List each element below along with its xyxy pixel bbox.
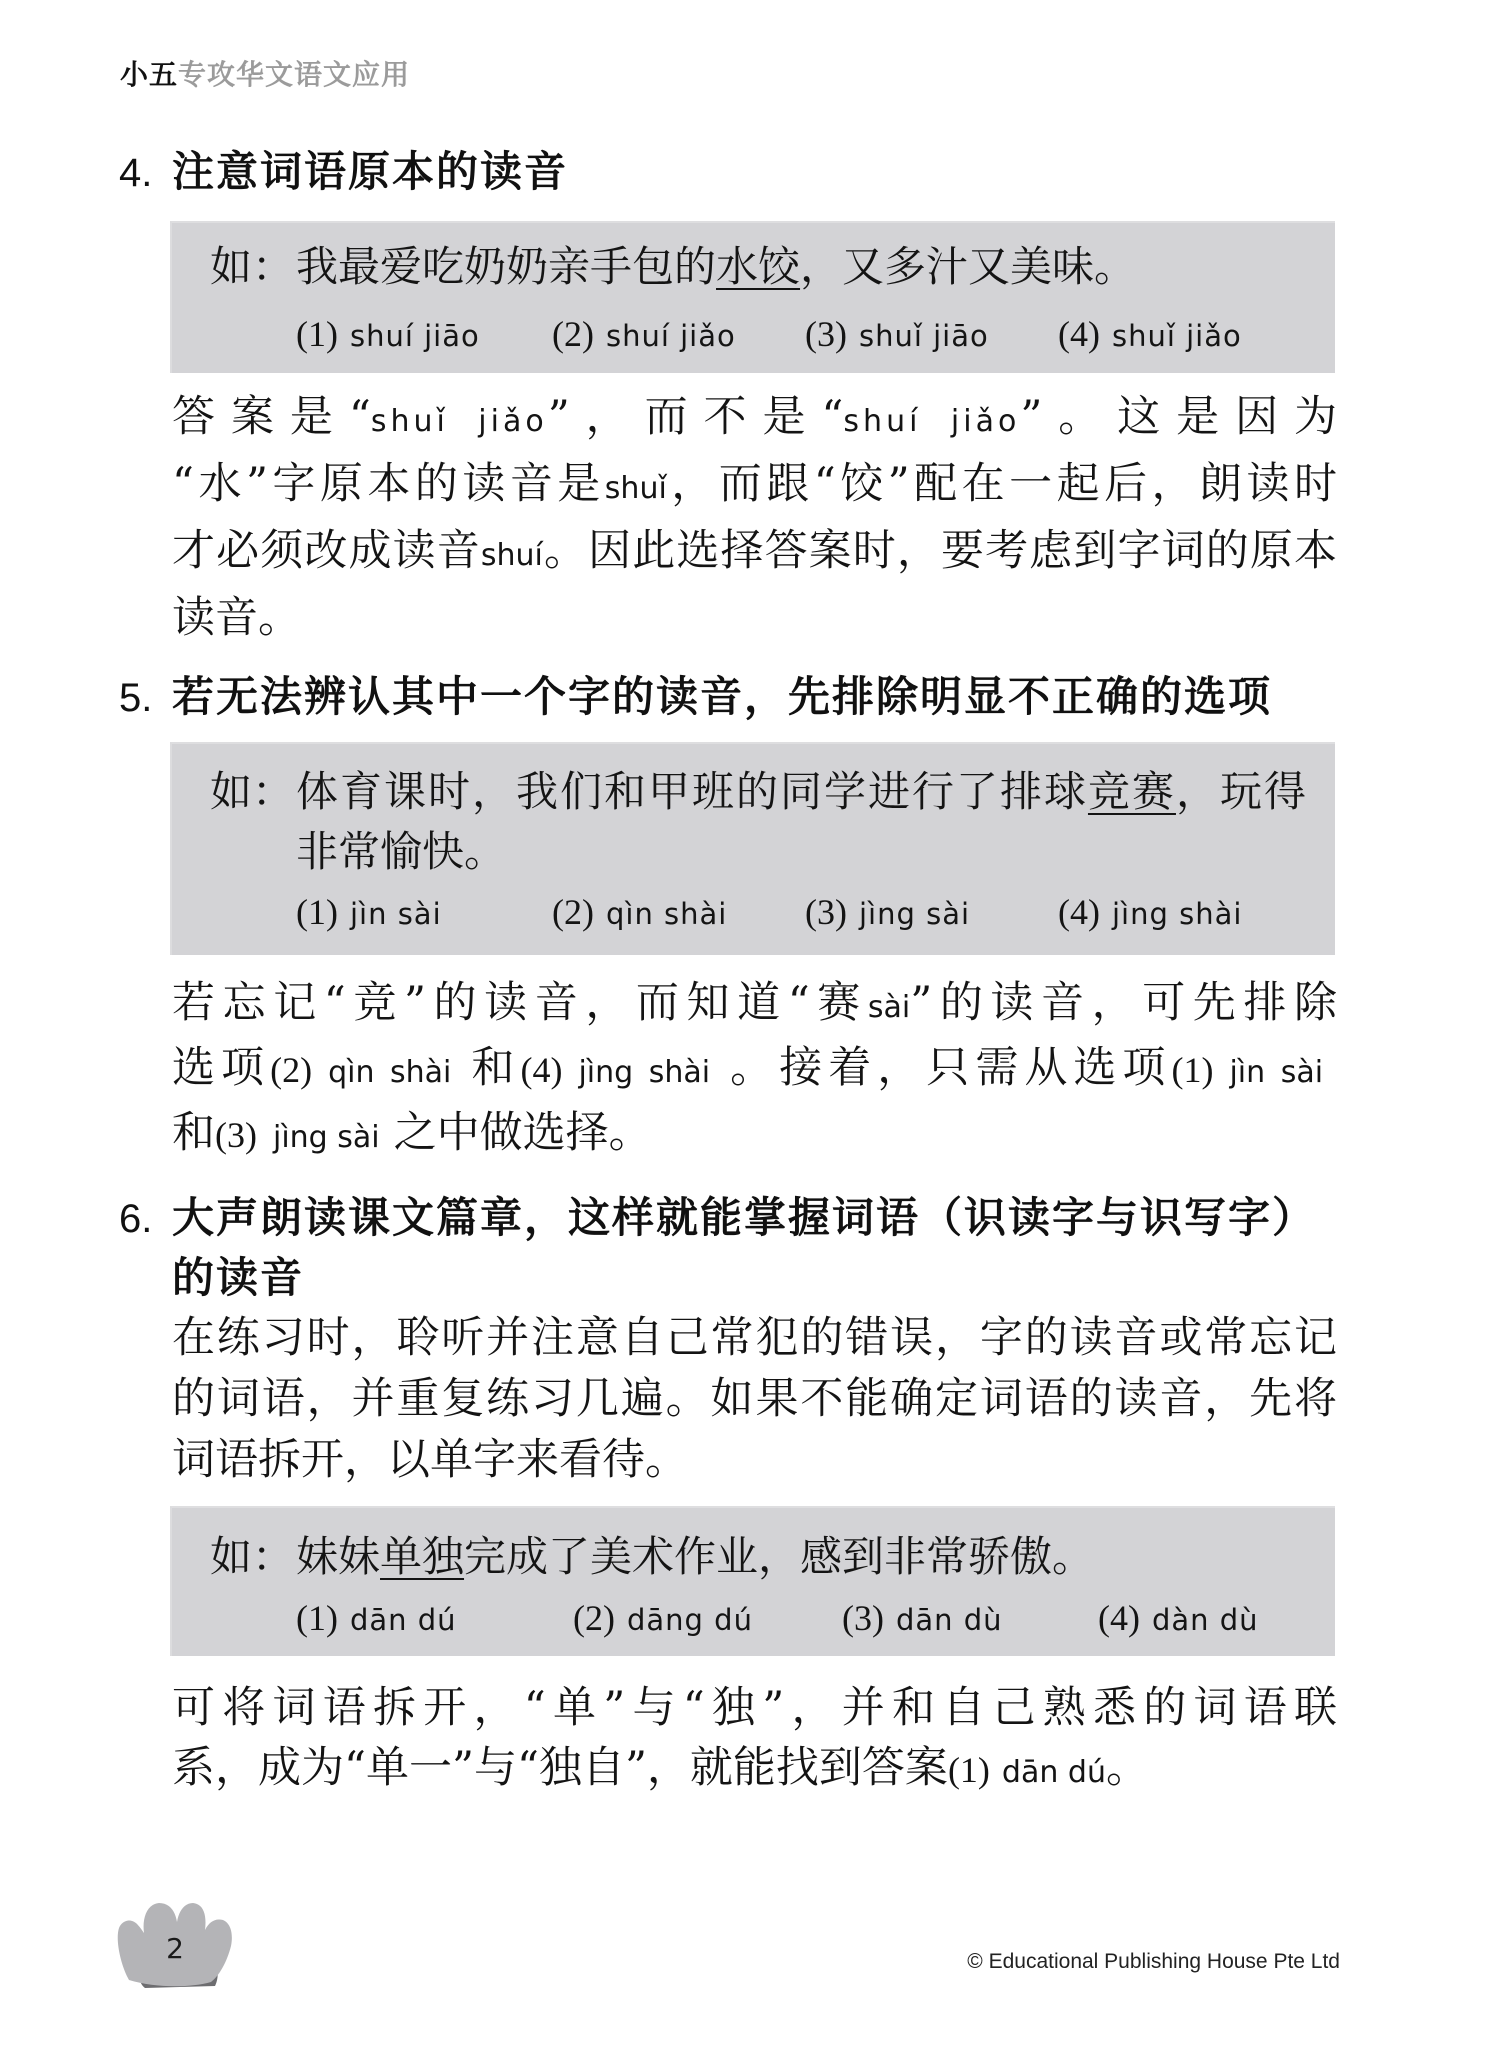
copyright-notice: © Educational Publishing House Pte Ltd — [880, 1950, 1340, 1974]
option-pinyin: shuǐ jiāo — [859, 319, 989, 353]
option-4: (4)shuǐ jiǎo — [1058, 302, 1242, 366]
answer-options: (1)jìn sài (2)qìn shài (3)jìng sài (4)jì… — [172, 880, 1335, 940]
option-ref: (4) — [520, 1050, 562, 1090]
option-1: (1)shuí jiāo — [296, 302, 480, 366]
option-pinyin: qìn shài — [606, 897, 727, 931]
option-ref: (1) — [1171, 1050, 1213, 1090]
option-pinyin: dān dù — [896, 1603, 1003, 1637]
answer-options: (1)shuí jiāo (2)shuí jiǎo (3)shuǐ jiāo (… — [172, 302, 1335, 362]
underlined-word: 水饺 — [716, 242, 800, 291]
sentence-prefix: 体育课时，我们和甲班的同学进行了排球 — [296, 767, 1088, 816]
text-line: 答案是“shuǐ jiǎo”，而不是“shuí jiǎo”。这是因为 — [172, 386, 1337, 453]
pinyin: shuǐ — [605, 471, 667, 506]
option-1: (1)dān dú — [296, 1586, 457, 1650]
option-number: (3) — [805, 892, 847, 932]
text-line: 可将词语拆开，“单”与“独”，并和自己熟悉的词语联 — [172, 1678, 1337, 1738]
option-pinyin: shuǐ jiǎo — [1112, 319, 1242, 353]
option-pinyin: shuí jiǎo — [606, 319, 736, 353]
example-label: 如： — [210, 762, 294, 822]
option-ref: (1) — [948, 1750, 990, 1790]
example-box-5: 如： 体育课时，我们和甲班的同学进行了排球竞赛，玩得 非常愉快。 (1)jìn … — [170, 742, 1335, 955]
option-pinyin: dàn dù — [1152, 1603, 1259, 1637]
option-3: (3)dān dù — [842, 1586, 1003, 1650]
series-title: 专攻华文语文应用 — [178, 58, 410, 91]
option-number: (3) — [842, 1598, 884, 1638]
option-pinyin: jìng sài — [859, 897, 970, 931]
section-title: 大声朗读课文篇章，这样就能掌握词语（识读字与识写字） — [172, 1193, 1316, 1242]
option-4: (4)jìng shài — [1058, 880, 1242, 944]
sentence-prefix: 我最爱吃奶奶亲手包的 — [296, 242, 716, 291]
section-title: 若无法辨认其中一个字的读音，先排除明显不正确的选项 — [172, 672, 1272, 721]
section-heading-6: 6.大声朗读课文篇章，这样就能掌握词语（识读字与识写字） 的读音 — [119, 1188, 1316, 1308]
pinyin: qìn shài — [328, 1055, 451, 1090]
example-sentence-row: 如： 体育课时，我们和甲班的同学进行了排球竞赛，玩得 — [172, 762, 1335, 822]
section-number: 6. — [119, 1189, 172, 1249]
example-label: 如： — [210, 237, 294, 297]
example-label: 如： — [210, 1527, 294, 1587]
example-sentence-continued: 非常愉快。 — [296, 822, 506, 882]
pinyin: sài — [868, 990, 910, 1025]
text-line: “水”字原本的读音是shuǐ，而跟“饺”配在一起后，朗读时 — [172, 453, 1337, 520]
section-heading-4: 4.注意词语原本的读音 — [119, 142, 568, 202]
option-number: (1) — [296, 1598, 338, 1638]
page-number: 2 — [166, 1932, 184, 1965]
intro-paragraph-6: 在练习时，聆听并注意自己常犯的错误，字的读音或常忘记 的词语，并重复练习几遍。如… — [172, 1308, 1337, 1491]
option-pinyin: shuí jiāo — [350, 319, 480, 353]
example-box-4: 如： 我最爱吃奶奶亲手包的水饺，又多汁又美味。 (1)shuí jiāo (2)… — [170, 221, 1335, 373]
option-number: (4) — [1058, 314, 1100, 354]
page-number-badge: 2 — [115, 1900, 235, 1990]
underlined-word: 单独 — [380, 1532, 464, 1581]
section-number: 5. — [119, 668, 172, 728]
text-line: 和(3)jìng sài之中做选择。 — [172, 1103, 1337, 1168]
pinyin: dān dú — [1002, 1755, 1106, 1790]
pinyin: jìn sài — [1229, 1055, 1323, 1090]
option-number: (4) — [1098, 1598, 1140, 1638]
example-sentence-row: 如： 我最爱吃奶奶亲手包的水饺，又多汁又美味。 — [172, 237, 1335, 297]
option-number: (2) — [552, 892, 594, 932]
option-pinyin: dān dú — [350, 1603, 457, 1637]
option-number: (2) — [573, 1598, 615, 1638]
sentence-suffix: 完成了美术作业，感到非常骄傲。 — [464, 1532, 1094, 1581]
option-number: (1) — [296, 892, 338, 932]
text-line: 读音。 — [172, 587, 1337, 649]
pinyin: shuí jiǎo — [843, 404, 1020, 439]
text-line: 词语拆开，以单字来看待。 — [172, 1430, 1337, 1491]
example-sentence: 妹妹单独完成了美术作业，感到非常骄傲。 — [296, 1527, 1094, 1587]
section-heading-5: 5.若无法辨认其中一个字的读音，先排除明显不正确的选项 — [119, 667, 1272, 727]
option-2: (2)dāng dú — [573, 1586, 753, 1650]
explanation-paragraph-6: 可将词语拆开，“单”与“独”，并和自己熟悉的词语联 系，成为“单一”与“独自”，… — [172, 1678, 1337, 1803]
option-pinyin: jìn sài — [350, 897, 442, 931]
section-title: 注意词语原本的读音 — [172, 147, 568, 196]
text-line: 若忘记“竞”的读音，而知道“赛sài”的读音，可先排除 — [172, 973, 1337, 1038]
text-line: 在练习时，聆听并注意自己常犯的错误，字的读音或常忘记 — [172, 1308, 1337, 1369]
example-sentence: 体育课时，我们和甲班的同学进行了排球竞赛，玩得 — [296, 762, 1306, 822]
example-sentence-row: 非常愉快。 — [172, 822, 1335, 882]
pinyin: shuǐ jiǎo — [371, 404, 548, 439]
text-line: 的词语，并重复练习几遍。如果不能确定词语的读音，先将 — [172, 1369, 1337, 1430]
pinyin: jìng sài — [273, 1120, 380, 1155]
running-header: 小五专攻华文语文应用 — [120, 55, 410, 95]
option-2: (2)shuí jiǎo — [552, 302, 736, 366]
explanation-paragraph-5: 若忘记“竞”的读音，而知道“赛sài”的读音，可先排除 选项(2)qìn shà… — [172, 973, 1337, 1168]
section-title-continued: 的读音 — [172, 1253, 304, 1302]
section-number: 4. — [119, 143, 172, 203]
option-number: (2) — [552, 314, 594, 354]
explanation-paragraph-4: 答案是“shuǐ jiǎo”，而不是“shuí jiǎo”。这是因为 “水”字原… — [172, 386, 1337, 649]
option-2: (2)qìn shài — [552, 880, 727, 944]
text-line: 才必须改成读音shuí。因此选择答案时，要考虑到字词的原本 — [172, 520, 1337, 587]
option-number: (1) — [296, 314, 338, 354]
answer-options: (1)dān dú (2)dāng dú (3)dān dù (4)dàn dù — [172, 1586, 1335, 1646]
text-line: 选项(2)qìn shài和(4)jìng shài。接着，只需从选项(1)jì… — [172, 1038, 1337, 1103]
sentence-suffix: ，又多汁又美味。 — [800, 242, 1136, 291]
example-box-6: 如： 妹妹单独完成了美术作业，感到非常骄傲。 (1)dān dú (2)dāng… — [170, 1506, 1335, 1656]
option-number: (3) — [805, 314, 847, 354]
sentence-suffix: ，玩得 — [1176, 767, 1306, 816]
underlined-word: 竞赛 — [1088, 767, 1176, 816]
option-number: (4) — [1058, 892, 1100, 932]
option-3: (3)shuǐ jiāo — [805, 302, 989, 366]
option-ref: (3) — [215, 1115, 257, 1155]
option-4: (4)dàn dù — [1098, 1586, 1259, 1650]
option-ref: (2) — [270, 1050, 312, 1090]
option-pinyin: dāng dú — [627, 1603, 753, 1637]
text-line: 系，成为“单一”与“独自”，就能找到答案(1)dān dú。 — [172, 1738, 1337, 1803]
option-pinyin: jìng shài — [1112, 897, 1242, 931]
example-sentence-row: 如： 妹妹单独完成了美术作业，感到非常骄傲。 — [172, 1527, 1335, 1587]
series-prefix: 小五 — [120, 58, 178, 91]
option-1: (1)jìn sài — [296, 880, 442, 944]
textbook-page: 小五专攻华文语文应用 4.注意词语原本的读音 如： 我最爱吃奶奶亲手包的水饺，又… — [0, 0, 1497, 2048]
sentence-prefix: 妹妹 — [296, 1532, 380, 1581]
example-sentence: 我最爱吃奶奶亲手包的水饺，又多汁又美味。 — [296, 237, 1136, 297]
option-3: (3)jìng sài — [805, 880, 970, 944]
pinyin: jìng shài — [578, 1055, 710, 1090]
pinyin: shuí — [481, 538, 543, 573]
